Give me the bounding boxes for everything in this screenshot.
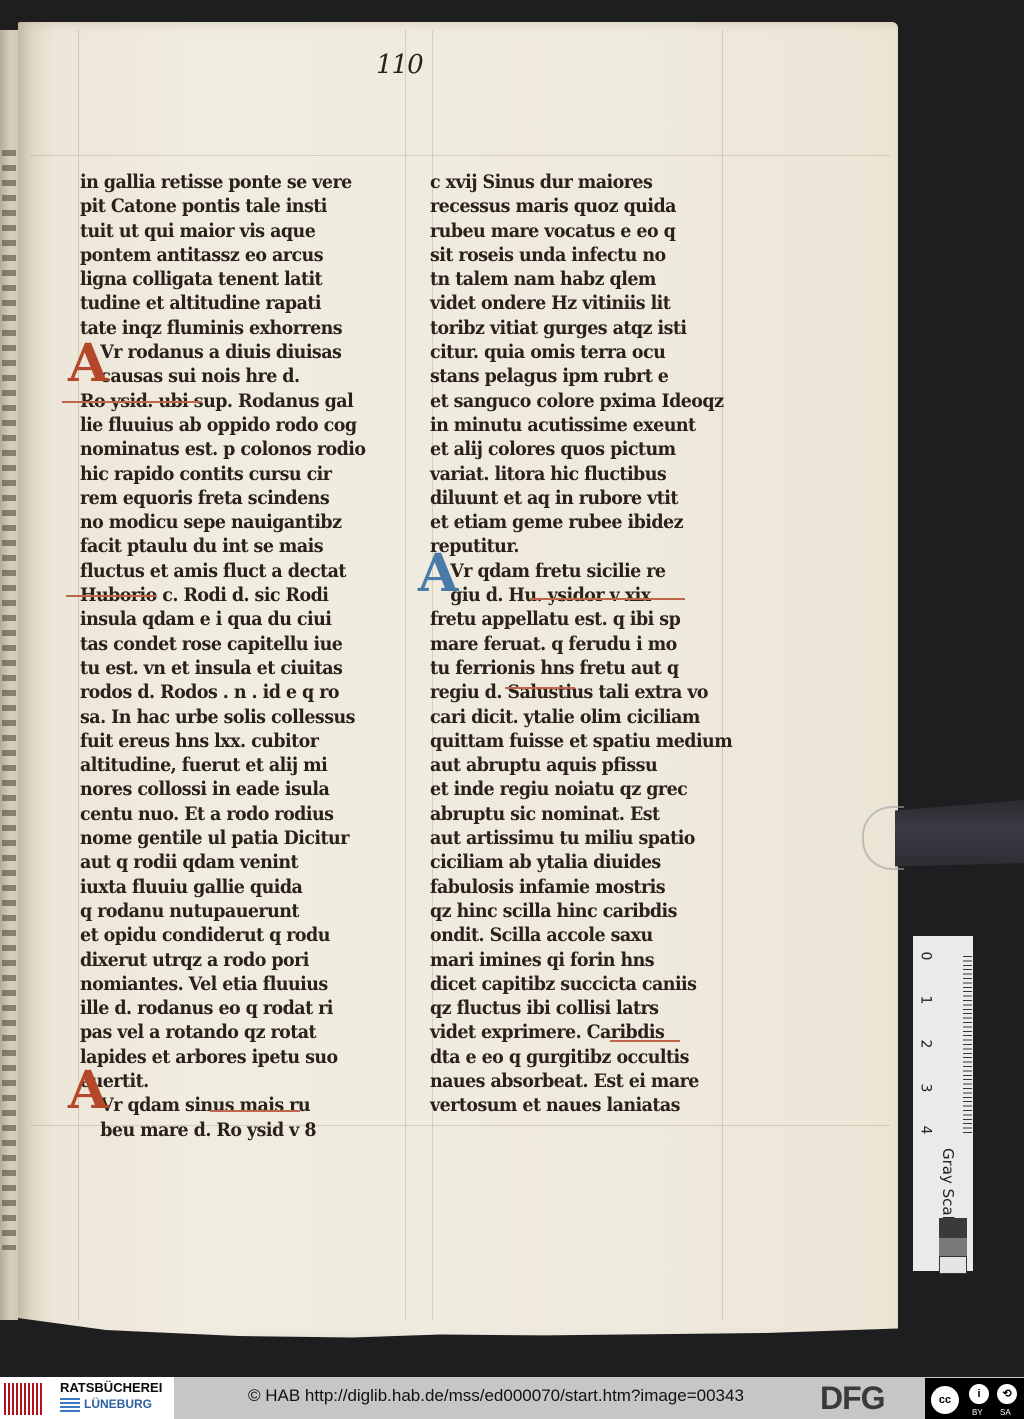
text-line: beu mare d. Ro ysid v 8 — [80, 1118, 393, 1142]
text-line: fuit ereus hns lxx. cubitor — [80, 729, 393, 753]
text-line: mare feruat. q ferudu i mo — [430, 632, 743, 656]
text-line: et opidu condiderut q rodu — [80, 923, 393, 947]
ruling-line — [30, 155, 890, 156]
cc-icon: cc — [929, 1384, 961, 1416]
text-line: tudine et altitudine rapati — [80, 291, 393, 315]
folio-number: 110 — [376, 50, 423, 80]
text-line: et inde regiu noiatu qz grec — [430, 777, 743, 801]
facing-page-edge — [0, 30, 18, 1320]
text-line: toribz vitiat gurges atqz isti — [430, 316, 743, 340]
text-line: ligna colligata tenent latit — [80, 267, 393, 291]
by-label: BY — [972, 1408, 983, 1417]
text-line: dicet capitibz succicta caniis — [430, 972, 743, 996]
text-line: regiu d. Salustius tali extra vo — [430, 680, 743, 704]
gray-patch-light — [939, 1256, 967, 1274]
text-line: sit roseis unda infectu no — [430, 243, 743, 267]
text-line: vertosum et naues laniatas — [430, 1093, 743, 1117]
text-line: iuxta fluuiu gallie quida — [80, 875, 393, 899]
text-line: tuit ut qui maior vis aque — [80, 219, 393, 243]
dfg-logo: DFG — [820, 1380, 885, 1417]
text-line: citur. quia omis terra ocu — [430, 340, 743, 364]
text-line: abruptu sic nominat. Est — [430, 802, 743, 826]
facing-page-text — [2, 150, 16, 1250]
text-line: nominatus est. p colonos rodio — [80, 437, 393, 461]
gray-scale-label: Gray Scale — [939, 1148, 957, 1229]
text-line: reputitur. — [430, 534, 743, 558]
text-line: Vr qdam fretu sicilie re — [430, 559, 743, 583]
rubric-underline — [505, 687, 575, 689]
text-line: et sanguco colore pxima Ideoqz — [430, 389, 743, 413]
text-line: euertit. — [80, 1069, 393, 1093]
rubric-underline — [610, 1040, 680, 1042]
library-city: LÜNEBURG — [84, 1397, 152, 1411]
text-line: aut artissimu tu miliu spatio — [430, 826, 743, 850]
text-line: pas vel a rotando qz rotat — [80, 1020, 393, 1044]
text-line: rubeu mare vocatus e eo q — [430, 219, 743, 243]
text-line: rodos d. Rodos . n . id e q ro — [80, 680, 393, 704]
text-line: pontem antitassz eo arcus — [80, 243, 393, 267]
text-line: aut abruptu aquis pfissu — [430, 753, 743, 777]
copyright-link[interactable]: © HAB http://diglib.hab.de/mss/ed000070/… — [248, 1386, 744, 1406]
text-line: Vr rodanus a diuis diuisas — [80, 340, 393, 364]
cc-license-badge[interactable]: cc i ⟲ BY SA — [925, 1378, 1024, 1419]
text-line: hic rapido contits cursu cir — [80, 462, 393, 486]
sa-label: SA — [1000, 1408, 1011, 1417]
text-line: in gallia retisse ponte se vere — [80, 170, 393, 194]
text-line: videt ondere Hz vitiniis lit — [430, 291, 743, 315]
text-line: pit Catone pontis tale insti — [80, 194, 393, 218]
text-line: qz hinc scilla hinc caribdis — [430, 899, 743, 923]
text-line: cari dicit. ytalie olim ciciliam — [430, 705, 743, 729]
text-line: tu ferrionis hns fretu aut q — [430, 656, 743, 680]
text-line: ondit. Scilla accole saxu — [430, 923, 743, 947]
text-line: in minutu acutissime exeunt — [430, 413, 743, 437]
ruler-ticks — [963, 956, 972, 1136]
text-line: fabulosis infamie mostris — [430, 875, 743, 899]
text-line: mari imines qi forin hns — [430, 948, 743, 972]
text-line: et alij colores quos pictum — [430, 437, 743, 461]
text-line: sa. In hac urbe solis collessus — [80, 705, 393, 729]
text-line: videt exprimere. Caribdis — [430, 1020, 743, 1044]
library-name: RATSBÜCHEREI — [60, 1380, 162, 1395]
text-line: nores collossi in eade isula — [80, 777, 393, 801]
text-line: ciciliam ab ytalia diuides — [430, 850, 743, 874]
text-line: diluunt et aq in rubore vtit — [430, 486, 743, 510]
gray-patch-dark — [939, 1218, 967, 1238]
rubric-underline — [530, 598, 685, 600]
text-line: naues absorbeat. Est ei mare — [430, 1069, 743, 1093]
library-emblem-icon — [4, 1383, 44, 1415]
text-line: centu nuo. Et a rodo rodius — [80, 802, 393, 826]
initial-letter-red: A — [68, 1065, 108, 1117]
manuscript-image: 110 in gallia retisse ponte se vere pit … — [0, 0, 1024, 1377]
text-line: facit ptaulu du int se mais — [80, 534, 393, 558]
text-line: nomiantes. Vel etia fluuius — [80, 972, 393, 996]
text-line: recessus maris quoz quida — [430, 194, 743, 218]
page-weight-strap — [895, 800, 1024, 870]
initial-letter-red: A — [68, 338, 108, 390]
text-column-left: in gallia retisse ponte se vere pit Cato… — [80, 170, 420, 1142]
attribution-icon: i — [967, 1382, 991, 1406]
text-line: c xvij Sinus dur maiores — [430, 170, 743, 194]
text-line: tu est. vn et insula et ciuitas — [80, 656, 393, 680]
text-line: et etiam geme rubee ibidez — [430, 510, 743, 534]
text-line: tn talem nam habz qlem — [430, 267, 743, 291]
water-waves-icon — [60, 1398, 80, 1414]
share-alike-icon: ⟲ — [995, 1382, 1019, 1406]
ruler-number: 0 — [917, 952, 933, 961]
text-line: nome gentile ul patia Dicitur — [80, 826, 393, 850]
gray-patch-mid — [939, 1238, 967, 1256]
text-line: tas condet rose capitellu iue — [80, 632, 393, 656]
text-line: insula qdam e i qua du ciui — [80, 607, 393, 631]
text-line: ille d. rodanus eo q rodat ri — [80, 996, 393, 1020]
text-line: fretu appellatu est. q ibi sp — [430, 607, 743, 631]
text-line: fluctus et amis fluct a dectat — [80, 559, 393, 583]
text-line: giu d. Hu. ysidor v xix — [430, 583, 743, 607]
text-line: dixerut utrqz a rodo pori — [80, 948, 393, 972]
text-column-right: c xvij Sinus dur maiores recessus maris … — [430, 170, 770, 1118]
ruler-number: 2 — [917, 1040, 933, 1049]
text-line: variat. litora hic fluctibus — [430, 462, 743, 486]
text-line: Vr qdam sinus mais ru — [80, 1093, 393, 1117]
rubric-underline — [66, 595, 156, 597]
text-line: dta e eo q gurgitibz occultis — [430, 1045, 743, 1069]
text-line: quittam fuisse et spatiu medium — [430, 729, 743, 753]
rubric-underline — [62, 401, 202, 403]
text-line: altitudine, fuerut et alij mi — [80, 753, 393, 777]
ruler-number: 4 — [917, 1126, 933, 1135]
text-line: q rodanu nutupauerunt — [80, 899, 393, 923]
scale-ruler: 0 1 2 3 4 Gray Scale — [913, 936, 973, 1271]
text-line: aut q rodii qdam venint — [80, 850, 393, 874]
text-line: tate inqz fluminis exhorrens — [80, 316, 393, 340]
text-line: lie fluuius ab oppido rodo cog — [80, 413, 393, 437]
text-line: qz fluctus ibi collisi latrs — [430, 996, 743, 1020]
ruling-line — [78, 30, 79, 1320]
text-line: rem equoris freta scindens — [80, 486, 393, 510]
text-line: causas sui nois hre d. — [80, 364, 393, 388]
text-line: stans pelagus ipm rubrt e — [430, 364, 743, 388]
initial-letter-blue: A — [418, 548, 458, 600]
ruler-number: 3 — [917, 1084, 933, 1093]
ruler-number: 1 — [917, 996, 933, 1005]
rubric-underline — [210, 1110, 300, 1112]
text-line: lapides et arbores ipetu suo — [80, 1045, 393, 1069]
text-line: no modicu sepe nauigantibz — [80, 510, 393, 534]
